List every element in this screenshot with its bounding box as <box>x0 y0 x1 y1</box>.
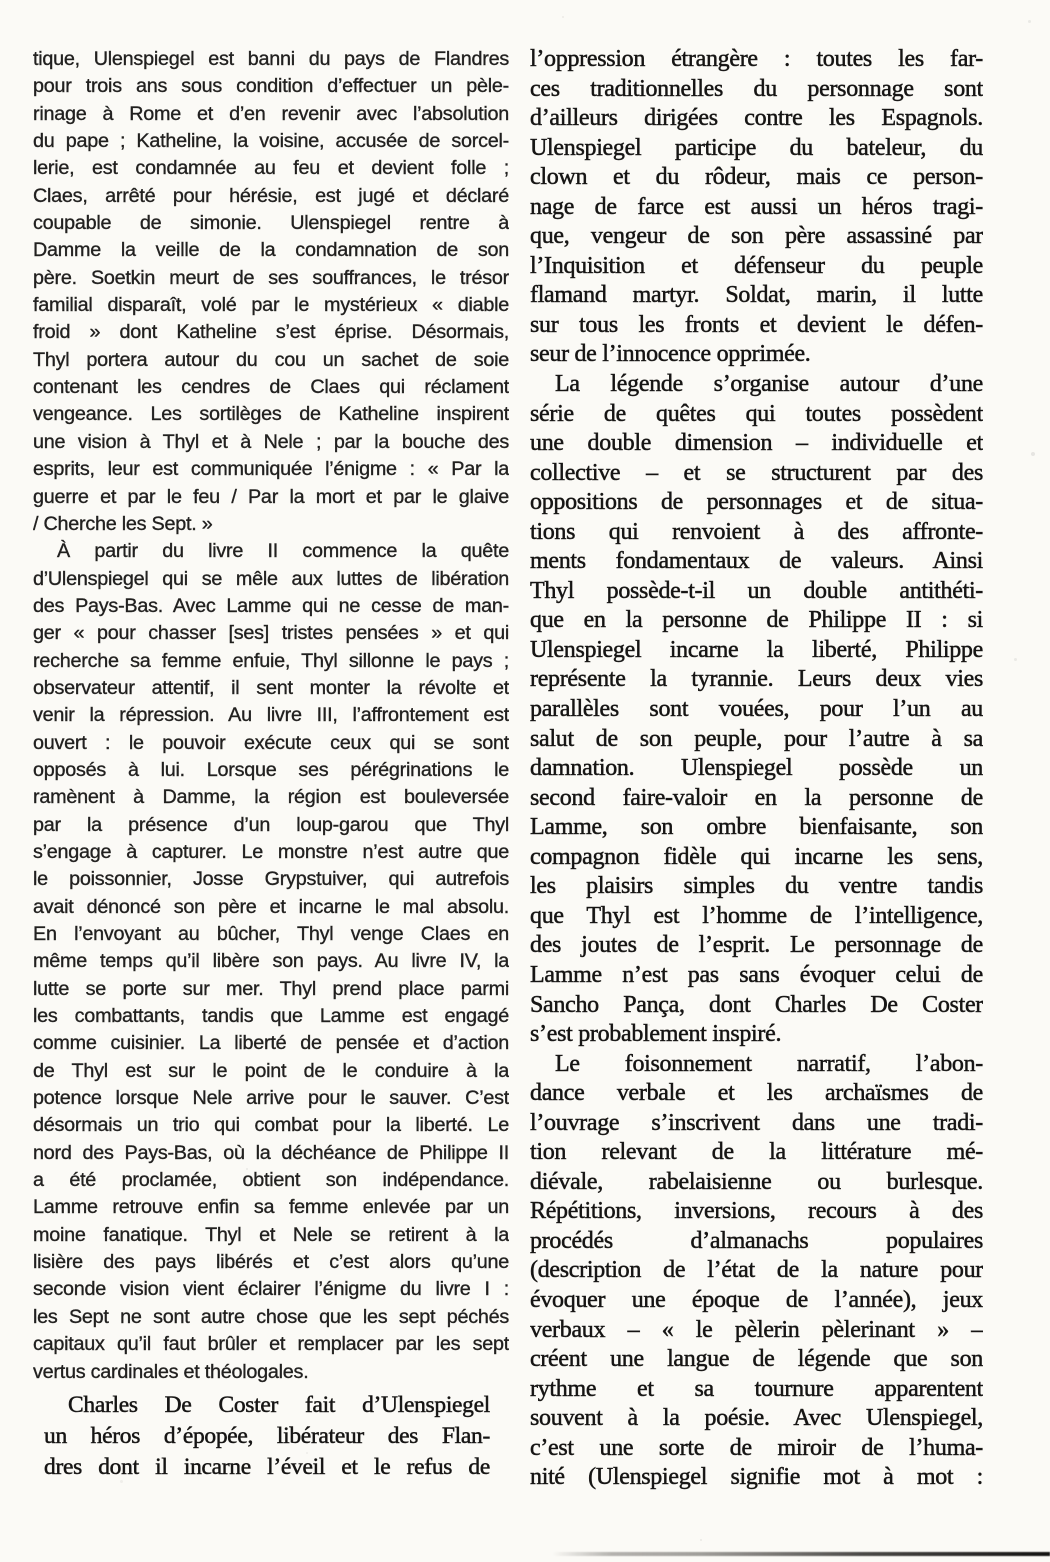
text-line: Ulenspiegel participe du bateleur, du <box>530 134 983 164</box>
text-line: coupable de simonie. Ulenspiegel rentre … <box>33 210 509 237</box>
text-line: d’ailleurs dirigées contre les Espagnols… <box>530 104 983 134</box>
text-line: par la présence d’un loup-garou que Thyl <box>33 812 509 839</box>
text-line: une double dimension – individuelle et <box>530 429 983 459</box>
page: { "page": { "background": "#fbfaf6", "sa… <box>0 0 1050 1562</box>
text-line: comme cuisinier. La liberté de pensée et… <box>33 1030 509 1057</box>
scan-speck <box>700 1539 702 1541</box>
text-line: rythme et sa tournure apparentent <box>530 1375 983 1405</box>
scan-speck <box>1028 20 1031 23</box>
text-line: Claes, arrêté pour hérésie, est jugé et … <box>33 183 509 210</box>
text-line: créent une langue de légende que son <box>530 1345 983 1375</box>
text-line: contenant les cendres de Claes qui récla… <box>33 374 509 401</box>
text-line: lutte se porte sur mer. Thyl prend place… <box>33 976 509 1003</box>
text-line: souvent à la poésie. Avec Ulenspiegel, <box>530 1404 983 1434</box>
text-line: d’Ulenspiegel qui se mêle aux luttes de … <box>33 566 509 593</box>
text-line: Sancho Pança, dont Charles De Coster <box>530 991 983 1021</box>
text-line: sur tous les fronts et devient le défen- <box>530 311 983 341</box>
text-line: second faire-valoir en la personne de <box>530 784 983 814</box>
text-line: nord des Pays-Bas, où la déchéance de Ph… <box>33 1140 509 1167</box>
text-line: / Cherche les Sept. » <box>33 511 509 538</box>
scan-streak-artifact <box>552 1552 1050 1556</box>
text-line: des joutes de l’esprit. Le personnage de <box>530 931 983 961</box>
text-line: Le foisonnement narratif, l’abon- <box>530 1050 983 1080</box>
text-line: rinage à Rome et d’en revenir avec l’abs… <box>33 101 509 128</box>
text-line: oppositions de personnages et de situa- <box>530 488 983 518</box>
text-line: père. Soetkin meurt de ses souffrances, … <box>33 265 509 292</box>
text-line: tique, Ulenspiegel est banni du pays de … <box>33 46 509 73</box>
text-line: du pape ; Katheline, la voisine, accusée… <box>33 128 509 155</box>
text-line: salut de son peuple, pour l’autre à sa <box>530 725 983 755</box>
text-line: dance verbale et les archaïsmes de <box>530 1079 983 1109</box>
text-line: diévale, rabelaisienne ou burlesque. <box>530 1168 983 1198</box>
text-line: opposés à lui. Lorsque ses pérégrination… <box>33 757 509 784</box>
text-line: Lamme retrouve enfin sa femme enlevée pa… <box>33 1194 509 1221</box>
text-line: familial disparaît, volé par le mystérie… <box>33 292 509 319</box>
text-line: désormais un trio qui combat pour la lib… <box>33 1112 509 1139</box>
text-line: À partir du livre II commence la quête <box>33 538 509 565</box>
text-line: une vision à Thyl et à Nele ; par la bou… <box>33 429 509 456</box>
text-line: évoquer une époque de l’année), jeux <box>530 1286 983 1316</box>
text-line: s’engage à capturer. Le monstre n’est au… <box>33 839 509 866</box>
text-line: verbaux – « le pèlerin pèlerinant » – <box>530 1316 983 1346</box>
text-line: l’oppression étrangère : toutes les far- <box>530 45 983 75</box>
text-line: ments fondamentaux de valeurs. Ainsi <box>530 547 983 577</box>
text-line: avait dénoncé son père et incarne le mal… <box>33 894 509 921</box>
text-line: recherche sa femme enfuie, Thyl sillonne… <box>33 648 509 675</box>
text-line: vertus cardinales et théologales. <box>33 1359 509 1386</box>
text-line: lisière des pays libérés et c’est alors … <box>33 1249 509 1276</box>
text-line: En l’envoyant au bûcher, Thyl venge Clae… <box>33 921 509 948</box>
text-line: Lamme n’est pas sans évoquer celui de <box>530 961 983 991</box>
text-line: damnation. Ulenspiegel possède un <box>530 754 983 784</box>
text-line: que, vengeur de son père assassiné par <box>530 222 983 252</box>
text-line: seur de l’innocence opprimée. <box>530 340 983 370</box>
text-line: nité (Ulenspiegel signifie mot à mot : <box>530 1463 983 1493</box>
text-line: ces traditionnelles du personnage sont <box>530 75 983 105</box>
text-line: les plaisirs simples du ventre tandis <box>530 872 983 902</box>
text-line: ramènent à Damme, la région est boulever… <box>33 784 509 811</box>
text-line: capitaux qu’il faut brûler et remplacer … <box>33 1331 509 1358</box>
text-line: pour trois ans sous condition d’effectue… <box>33 73 509 100</box>
text-line: La légende s’organise autour d’une <box>530 370 983 400</box>
left-column-summary: tique, Ulenspiegel est banni du pays de … <box>33 46 509 1386</box>
text-line: ger « pour chasser [ses] tristes pensées… <box>33 620 509 647</box>
text-line: Répétitions, inversions, recours à des <box>530 1197 983 1227</box>
text-line: collective – et se structurent par des <box>530 459 983 489</box>
text-line: tions qui renvoient à des affronte- <box>530 518 983 548</box>
text-line: représente la tyrannie. Leurs deux vies <box>530 665 983 695</box>
text-line: que Thyl est l’homme de l’intelligence, <box>530 902 983 932</box>
text-line: dres dont il incarne l’éveil et le refus… <box>44 1452 490 1483</box>
text-line: que en la personne de Philippe II : si <box>530 606 983 636</box>
text-line: moine fanatique. Thyl et Nele se retiren… <box>33 1222 509 1249</box>
text-line: potence lorsque Nele arrive pour le sauv… <box>33 1085 509 1112</box>
scan-speck <box>562 16 564 18</box>
text-line: des Pays-Bas. Avec Lamme qui ne cesse de… <box>33 593 509 620</box>
text-line: les combattants, tandis que Lamme est en… <box>33 1003 509 1030</box>
text-line: nage de farce est aussi un héros tragi- <box>530 193 983 223</box>
text-line: esprits, leur est communiquée l’énigme :… <box>33 456 509 483</box>
text-line: de Thyl est sur le point de le conduire … <box>33 1058 509 1085</box>
text-line: les Sept ne sont autre chose que les sep… <box>33 1304 509 1331</box>
text-line: observateur attentif, il sent monter la … <box>33 675 509 702</box>
text-line: venir la répression. Au livre III, l’aff… <box>33 702 509 729</box>
text-line: Damme la veille de la condamnation de so… <box>33 237 509 264</box>
text-line: un héros d’épopée, libérateur des Flan- <box>44 1421 490 1452</box>
text-line: procédés d’almanachs populaires <box>530 1227 983 1257</box>
scan-speck <box>1031 452 1035 456</box>
text-line: vengeance. Les sortilèges de Katheline i… <box>33 401 509 428</box>
text-line: a été proclamée, obtient son indépendanc… <box>33 1167 509 1194</box>
text-line: flamand martyr. Soldat, marin, il lutte <box>530 281 983 311</box>
text-line: Ulenspiegel incarne la liberté, Philippe <box>530 636 983 666</box>
text-line: le poissonnier, Josse Grypstuiver, qui a… <box>33 866 509 893</box>
text-line: seconde vision vient éclairer l’énigme d… <box>33 1276 509 1303</box>
text-line: parallèles sont vouées, pour l’un au <box>530 695 983 725</box>
text-line: l’Inquisition et défenseur du peuple <box>530 252 983 282</box>
text-line: Thyl portera autour du cou un sachet de … <box>33 347 509 374</box>
right-column-commentary: l’oppression étrangère : toutes les far-… <box>530 45 983 1493</box>
text-line: s’est probablement inspiré. <box>530 1020 983 1050</box>
text-line: guerre et par le feu / Par la mort et pa… <box>33 484 509 511</box>
text-line: clown et du rôdeur, mais ce person- <box>530 163 983 193</box>
text-line: Lamme, son ombre bienfaisante, son <box>530 813 983 843</box>
text-line: l’ouvrage s’inscrivent dans une tradi- <box>530 1109 983 1139</box>
text-line: froid » dont Katheline s’est éprise. Dés… <box>33 319 509 346</box>
text-line: (description de l’état de la nature pour <box>530 1256 983 1286</box>
text-line: tion relevant de la littérature mé- <box>530 1138 983 1168</box>
text-line: même temps qu’il libère son pays. Au liv… <box>33 948 509 975</box>
text-line: c’est une sorte de miroir de l’huma- <box>530 1434 983 1464</box>
text-line: lerie, est condamnée au feu et devient f… <box>33 155 509 182</box>
text-line: série de quêtes qui toutes possèdent <box>530 400 983 430</box>
text-line: Charles De Coster fait d’Ulenspiegel <box>44 1390 490 1421</box>
text-line: Thyl possède-t-il un double antithéti- <box>530 577 983 607</box>
text-line: ouvert : le pouvoir exécute ceux qui se … <box>33 730 509 757</box>
text-line: compagnon fidèle qui incarne les sens, <box>530 843 983 873</box>
scan-speck <box>1014 658 1017 661</box>
left-column-commentary-start: Charles De Coster fait d’Ulenspiegelun h… <box>44 1390 490 1483</box>
